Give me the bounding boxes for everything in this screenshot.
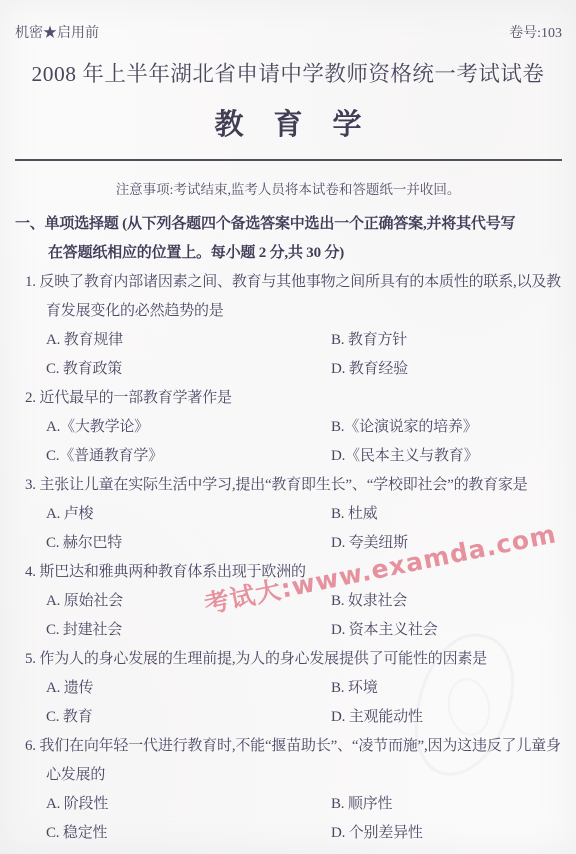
option-c: C. 赫尔巴特 [46,529,331,558]
question-stem: 6. 我们在向年轻一代进行教育时,不能“揠苗助长”、“凌节而施”,因为这违反了儿… [15,732,562,790]
option-c: C. 教育 [46,703,331,732]
question-1: 1. 反映了教育内部诸因素之间、教育与其他事物之间所具有的本质性的联系,以及教育… [15,268,562,384]
question-stem-text: 斯巴达和雅典两种教育体系出现于欧洲的 [39,564,305,580]
option-a: A. 遗传 [46,674,331,703]
question-number: 4. [25,564,36,580]
question-stem-text: 主张让儿童在实际生活中学习,提出“教育即生长”、“学校即社会”的教育家是 [39,477,527,493]
section-heading: 一、单项选择题 (从下列各题四个备选答案中选出一个正确答案,并将其代号写 在答题… [15,210,562,268]
option-d: D. 个别差异性 [331,819,562,848]
option-d: D. 主观能动性 [331,703,562,732]
option-b: B. 教育方针 [331,326,562,355]
options-group: A. 教育规律 B. 教育方针 C. 教育政策 D. 教育经验 [15,326,562,384]
question-3: 3. 主张让儿童在实际生活中学习,提出“教育即生长”、“学校即社会”的教育家是 … [15,471,562,558]
question-stem: 4. 斯巴达和雅典两种教育体系出现于欧洲的 [15,558,562,587]
question-stem-text: 近代最早的一部教育学著作是 [39,390,231,406]
option-a: A. 卢梭 [46,500,331,529]
option-d: D. 资本主义社会 [331,616,562,645]
option-b: B. 奴隶社会 [331,587,562,616]
option-a: A. 原始社会 [46,587,331,616]
option-c: C. 封建社会 [46,616,331,645]
page-header: 机密★启用前 卷号:103 [0,0,576,42]
question-6: 6. 我们在向年轻一代进行教育时,不能“揠苗助长”、“凌节而施”,因为这违反了儿… [15,732,562,848]
option-a: A. 阶段性 [46,790,331,819]
question-stem: 2. 近代最早的一部教育学著作是 [15,384,562,413]
divider-rule [15,159,562,161]
exam-title: 2008 年上半年湖北省申请中学教师资格统一考试试卷 [0,57,576,88]
question-number: 1. [25,274,36,290]
section-heading-line2: 在答题纸相应的位置上。每小题 2 分,共 30 分) [15,239,562,268]
option-b: B.《论演说家的培养》 [331,413,562,442]
notice-text: 注意事项:考试结束,监考人员将本试卷和答题纸一并收回。 [0,178,576,198]
options-group: A. 阶段性 B. 顺序性 C. 稳定性 D. 个别差异性 [15,790,562,848]
exam-paper-page: 机密★启用前 卷号:103 2008 年上半年湖北省申请中学教师资格统一考试试卷… [0,0,576,854]
option-c: C. 稳定性 [46,819,331,848]
option-b: B. 杜威 [331,500,562,529]
option-d: D. 教育经验 [331,355,562,384]
options-group: A. 原始社会 B. 奴隶社会 C. 封建社会 D. 资本主义社会 [15,587,562,645]
question-area: 一、单项选择题 (从下列各题四个备选答案中选出一个正确答案,并将其代号写 在答题… [15,210,562,848]
option-b: B. 环境 [331,674,562,703]
question-stem-text: 作为人的身心发展的生理前提,为人的身心发展提供了可能性的因素是 [39,651,487,667]
option-c: C. 教育政策 [46,355,331,384]
options-group: A. 遗传 B. 环境 C. 教育 D. 主观能动性 [15,674,562,732]
question-number: 6. [25,738,36,754]
question-5: 5. 作为人的身心发展的生理前提,为人的身心发展提供了可能性的因素是 A. 遗传… [15,645,562,732]
options-group: A.《大教学论》 B.《论演说家的培养》 C.《普通教育学》 D.《民本主义与教… [15,413,562,471]
options-group: A. 卢梭 B. 杜威 C. 赫尔巴特 D. 夸美纽斯 [15,500,562,558]
option-a: A.《大教学论》 [46,413,331,442]
question-stem: 5. 作为人的身心发展的生理前提,为人的身心发展提供了可能性的因素是 [15,645,562,674]
paper-number: 卷号:103 [509,22,562,42]
option-a: A. 教育规律 [46,326,331,355]
subject-title: 教育学 [0,102,576,143]
question-4: 4. 斯巴达和雅典两种教育体系出现于欧洲的 A. 原始社会 B. 奴隶社会 C.… [15,558,562,645]
question-number: 2. [25,390,36,406]
question-stem-text: 我们在向年轻一代进行教育时,不能“揠苗助长”、“凌节而施”,因为这违反了儿童身心… [39,738,560,783]
security-label: 机密★启用前 [15,22,99,42]
section-heading-line1: 一、单项选择题 (从下列各题四个备选答案中选出一个正确答案,并将其代号写 [15,210,562,239]
question-2: 2. 近代最早的一部教育学著作是 A.《大教学论》 B.《论演说家的培养》 C.… [15,384,562,471]
question-number: 5. [25,651,36,667]
option-d: D. 夸美纽斯 [331,529,562,558]
question-stem-text: 反映了教育内部诸因素之间、教育与其他事物之间所具有的本质性的联系,以及教育发展变… [39,274,561,319]
option-b: B. 顺序性 [331,790,562,819]
question-stem: 3. 主张让儿童在实际生活中学习,提出“教育即生长”、“学校即社会”的教育家是 [15,471,562,500]
question-number: 3. [25,477,36,493]
option-c: C.《普通教育学》 [46,442,331,471]
question-stem: 1. 反映了教育内部诸因素之间、教育与其他事物之间所具有的本质性的联系,以及教育… [15,268,562,326]
option-d: D.《民本主义与教育》 [331,442,562,471]
